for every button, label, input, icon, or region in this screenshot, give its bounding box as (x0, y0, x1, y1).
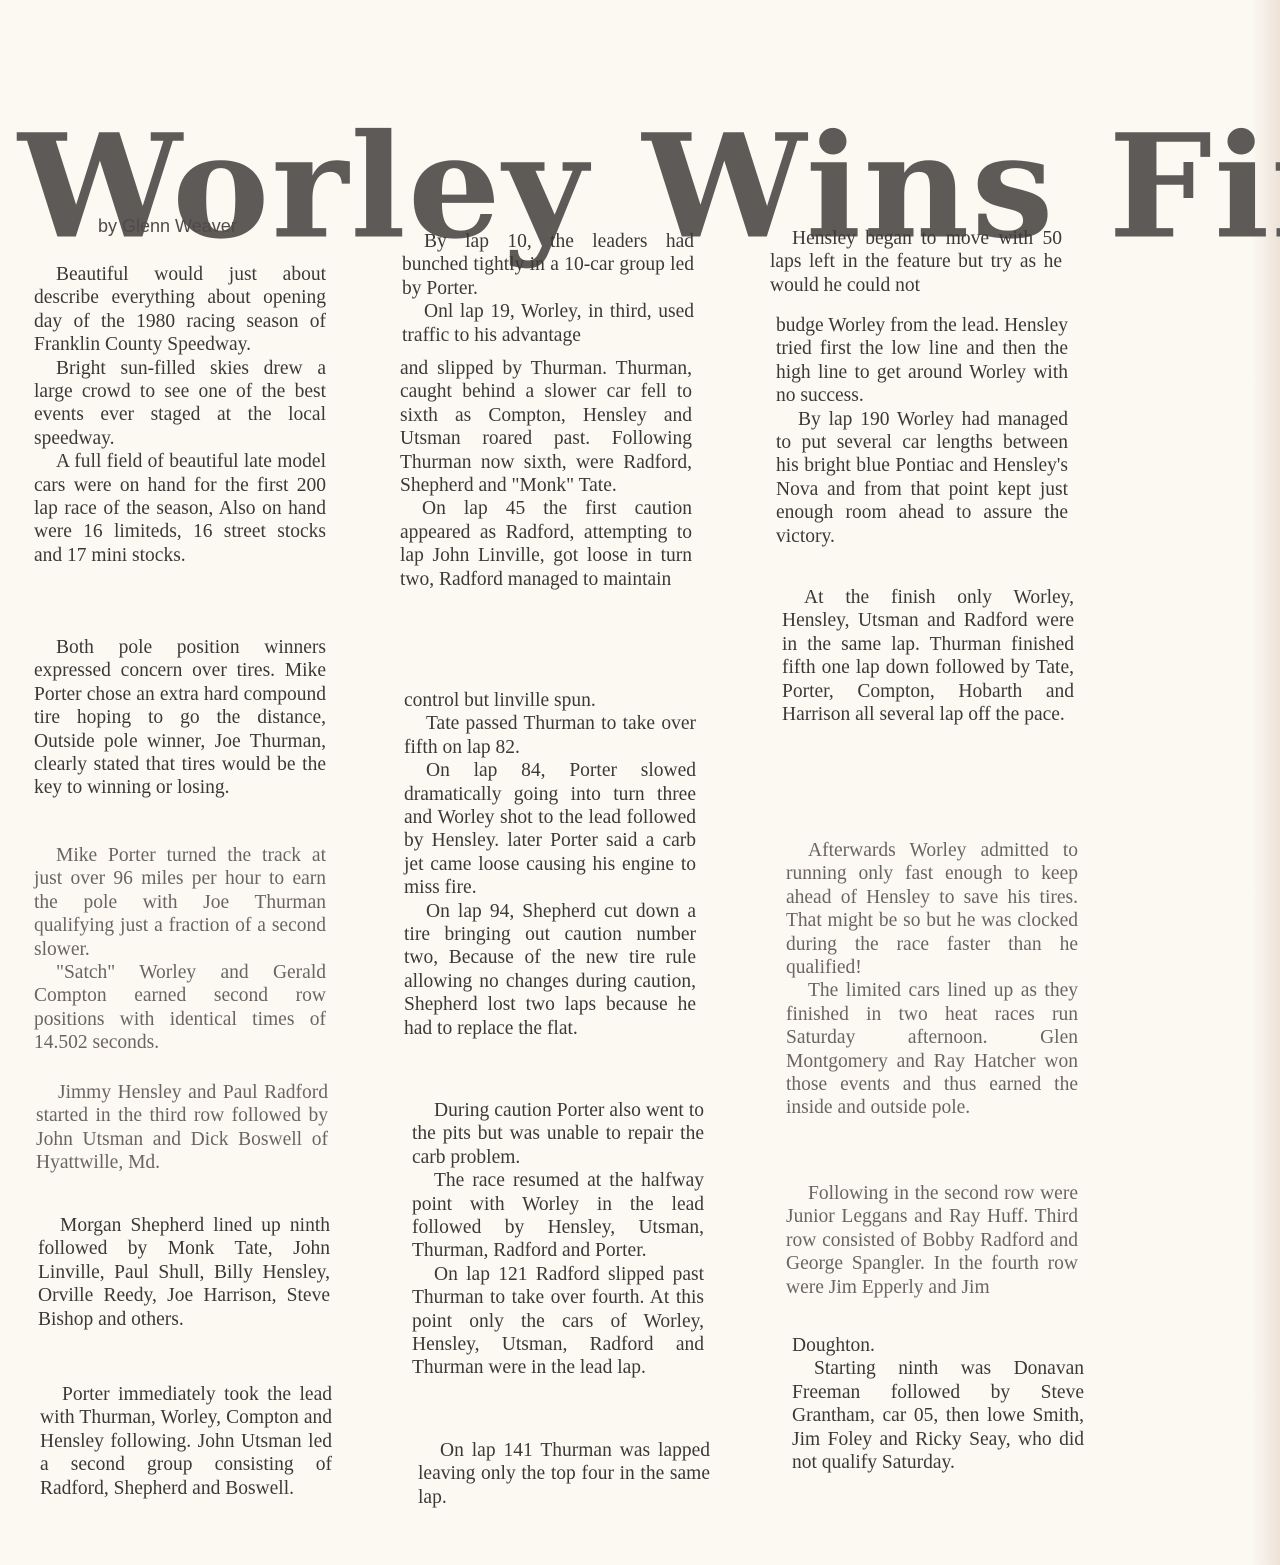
text-block: By lap 10, the leaders had bunched tight… (402, 230, 694, 347)
paragraph: Doughton. (792, 1334, 1084, 1357)
paragraph: On lap 94, Shepherd cut down a tire brin… (404, 900, 696, 1040)
paragraph: Bright sun-filled skies drew a large cro… (34, 357, 326, 451)
paragraph: By lap 10, the leaders had bunched tight… (402, 230, 694, 300)
article-column-2-part-3: control but linville spun. Tate passed T… (404, 689, 696, 1040)
text-block: On lap 141 Thurman was lapped leaving on… (418, 1439, 710, 1509)
article-column-1-part-4: Jimmy Hensley and Paul Radford started i… (36, 1081, 328, 1175)
paragraph: During caution Porter also went to the p… (412, 1099, 704, 1169)
text-block: control but linville spun. Tate passed T… (404, 689, 696, 1040)
article-column-3: Hensley began to move with 50 laps left … (770, 227, 1062, 297)
paragraph: Following in the second row were Junior … (786, 1182, 1078, 1299)
paragraph: control but linville spun. (404, 689, 696, 712)
paragraph: On lap 45 the first caution appeared as … (400, 497, 692, 591)
paragraph: Morgan Shepherd lined up ninth followed … (38, 1214, 330, 1331)
paragraph: and slipped by Thurman. Thurman, caught … (400, 357, 692, 497)
byline: by Glenn Weaver (98, 216, 237, 237)
text-block: Morgan Shepherd lined up ninth followed … (38, 1214, 330, 1331)
article-column-1-part-5: Morgan Shepherd lined up ninth followed … (38, 1214, 330, 1331)
text-block: Afterwards Worley admitted to running on… (786, 839, 1078, 1120)
article-column-2-part-5: On lap 141 Thurman was lapped leaving on… (418, 1439, 710, 1509)
paragraph: The race resumed at the halfway point wi… (412, 1169, 704, 1263)
article-column-2-part-2: and slipped by Thurman. Thurman, caught … (400, 357, 692, 591)
paragraph: Beautiful would just about describe ever… (34, 263, 326, 357)
text-block: and slipped by Thurman. Thurman, caught … (400, 357, 692, 591)
text-block: Mike Porter turned the track at just ove… (34, 844, 326, 1055)
paragraph: Mike Porter turned the track at just ove… (34, 844, 326, 961)
paragraph: On lap 141 Thurman was lapped leaving on… (418, 1439, 710, 1509)
article-column-2: By lap 10, the leaders had bunched tight… (402, 230, 694, 347)
article-column-3-part-6: Doughton. Starting ninth was Donavan Fre… (792, 1334, 1084, 1474)
text-block: budge Worley from the lead. Hensley trie… (776, 314, 1068, 548)
paragraph: On lap 84, Porter slowed dramatically go… (404, 759, 696, 899)
paragraph: The limited cars lined up as they finish… (786, 979, 1078, 1119)
article-column-1-part-3: Mike Porter turned the track at just ove… (34, 844, 326, 1055)
paragraph: budge Worley from the lead. Hensley trie… (776, 314, 1068, 408)
text-block: Porter immediately took the lead with Th… (40, 1383, 332, 1500)
text-block: Doughton. Starting ninth was Donavan Fre… (792, 1334, 1084, 1474)
paragraph: At the finish only Worley, Hensley, Utsm… (782, 586, 1074, 726)
paragraph: Starting ninth was Donavan Freeman follo… (792, 1357, 1084, 1474)
text-block: Hensley began to move with 50 laps left … (770, 227, 1062, 297)
article-column-3-part-4: Afterwards Worley admitted to running on… (786, 839, 1078, 1120)
article-column-3-part-5: Following in the second row were Junior … (786, 1182, 1078, 1299)
text-block: At the finish only Worley, Hensley, Utsm… (782, 586, 1074, 726)
paragraph: Porter immediately took the lead with Th… (40, 1383, 332, 1500)
text-block: Following in the second row were Junior … (786, 1182, 1078, 1299)
text-block: During caution Porter also went to the p… (412, 1099, 704, 1380)
article-column-3-part-3: At the finish only Worley, Hensley, Utsm… (782, 586, 1074, 726)
paragraph: "Satch" Worley and Gerald Compton earned… (34, 961, 326, 1055)
paragraph: Both pole position winners expressed con… (34, 636, 326, 800)
article-column-1-part-2: Both pole position winners expressed con… (34, 636, 326, 800)
paragraph: Hensley began to move with 50 laps left … (770, 227, 1062, 297)
paragraph: Tate passed Thurman to take over fifth o… (404, 712, 696, 759)
text-block: Both pole position winners expressed con… (34, 636, 326, 800)
text-block: Jimmy Hensley and Paul Radford started i… (36, 1081, 328, 1175)
paragraph: Afterwards Worley admitted to running on… (786, 839, 1078, 979)
paragraph: On lap 121 Radford slipped past Thurman … (412, 1263, 704, 1380)
article-column-2-part-4: During caution Porter also went to the p… (412, 1099, 704, 1380)
paragraph: A full field of beautiful late model car… (34, 450, 326, 567)
article-column-3-part-2: budge Worley from the lead. Hensley trie… (776, 314, 1068, 548)
text-block: Beautiful would just about describe ever… (34, 263, 326, 567)
paragraph: Onl lap 19, Worley, in third, used traff… (402, 300, 694, 347)
paragraph: By lap 190 Worley had managed to put sev… (776, 408, 1068, 548)
paragraph: Jimmy Hensley and Paul Radford started i… (36, 1081, 328, 1175)
article-column-1-part-6: Porter immediately took the lead with Th… (40, 1383, 332, 1500)
article-column-1: Beautiful would just about describe ever… (34, 263, 326, 567)
